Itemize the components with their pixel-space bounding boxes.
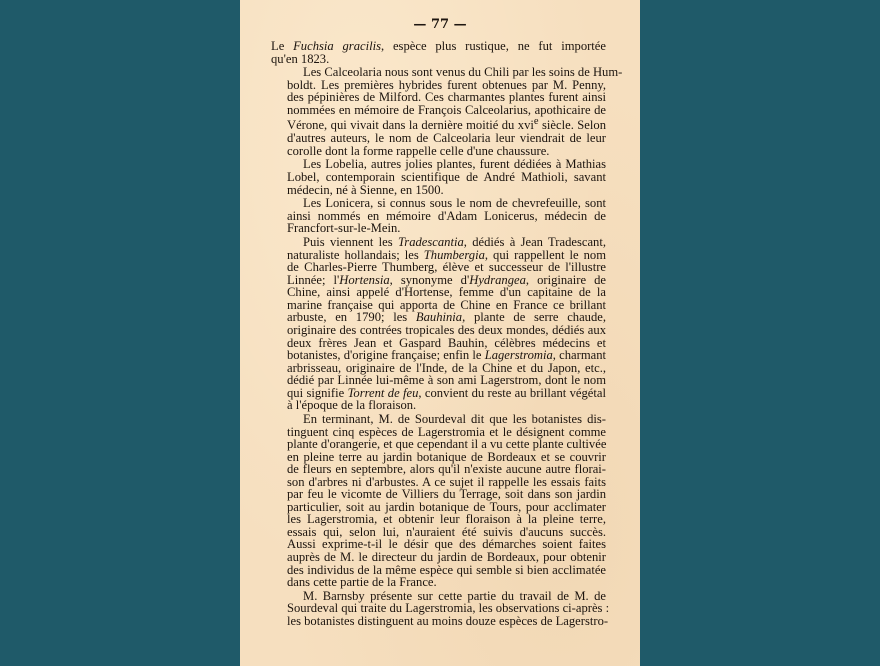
paragraph: M. Barnsby présente sur cette partie du …: [271, 590, 606, 628]
text-line: Francfort-sur-le-Mein.: [271, 222, 606, 235]
paragraph: Les Lonicera, si connus sous le nom de c…: [271, 197, 606, 235]
text-line: médecin, né à Sienne, en 1500.: [271, 184, 606, 197]
text-line: par feu le vicomte de Villiers du Terrag…: [271, 488, 606, 501]
text-line: auprès de M. le directeur du jardin de B…: [271, 551, 606, 564]
paragraph: Les Lobelia, autres jolies plantes, fure…: [271, 158, 606, 196]
text-line: plante d'orangerie, et que cependant il …: [271, 438, 606, 451]
text-line: En terminant, M. de Sourdeval dit que le…: [271, 413, 606, 426]
text-line: dédié par Linnée lui-même à son ami Lage…: [271, 374, 606, 387]
text-line: de fleurs en septembre, alors qu'il n'ex…: [271, 463, 606, 476]
paragraph: Puis viennent les Tradescantia, dédiés à…: [271, 236, 606, 412]
text-line: les botanistes distinguent au moins douz…: [271, 615, 606, 628]
text-line: nommées en mémoire de François Calceolar…: [271, 104, 606, 117]
page-number: — 77 —: [240, 17, 640, 32]
text-line: Lobel, contemporain scientifique de Andr…: [271, 171, 606, 184]
text-line: Les Calceolaria nous sont venus du Chili…: [271, 66, 606, 79]
paragraph: En terminant, M. de Sourdeval dit que le…: [271, 413, 606, 589]
text-line: à l'époque de la floraison.: [271, 399, 606, 412]
text-line: dans cette partie de la France.: [271, 576, 606, 589]
text-line: Chine, ainsi appelé d'Hortense, femme d'…: [271, 286, 606, 299]
text-line: de Charles-Pierre Thumberg, élève et suc…: [271, 261, 606, 274]
text-line: qu'en 1823.: [271, 53, 606, 66]
text-line: Vérone, qui vivait dans la dernière moit…: [271, 116, 606, 132]
text-line: Les Lonicera, si connus sous le nom de c…: [271, 197, 606, 210]
document-page: — 77 — Le Fuchsia gracilis, espèce plus …: [240, 0, 640, 666]
text-line: botanistes, d'origine française; enfin l…: [271, 349, 606, 362]
text-line: originaire des contrées tropicales des d…: [271, 324, 606, 337]
text-line: d'autres auteurs, le nom de Calceolaria …: [271, 132, 606, 145]
text-line: Le Fuchsia gracilis, espèce plus rustiqu…: [271, 40, 606, 53]
paragraph: Les Calceolaria nous sont venus du Chili…: [271, 66, 606, 157]
text-line: corolle dont la forme rappelle celle d'u…: [271, 145, 606, 158]
paragraph: Le Fuchsia gracilis, espèce plus rustiqu…: [271, 40, 606, 65]
body-text: Le Fuchsia gracilis, espèce plus rustiqu…: [271, 40, 606, 629]
